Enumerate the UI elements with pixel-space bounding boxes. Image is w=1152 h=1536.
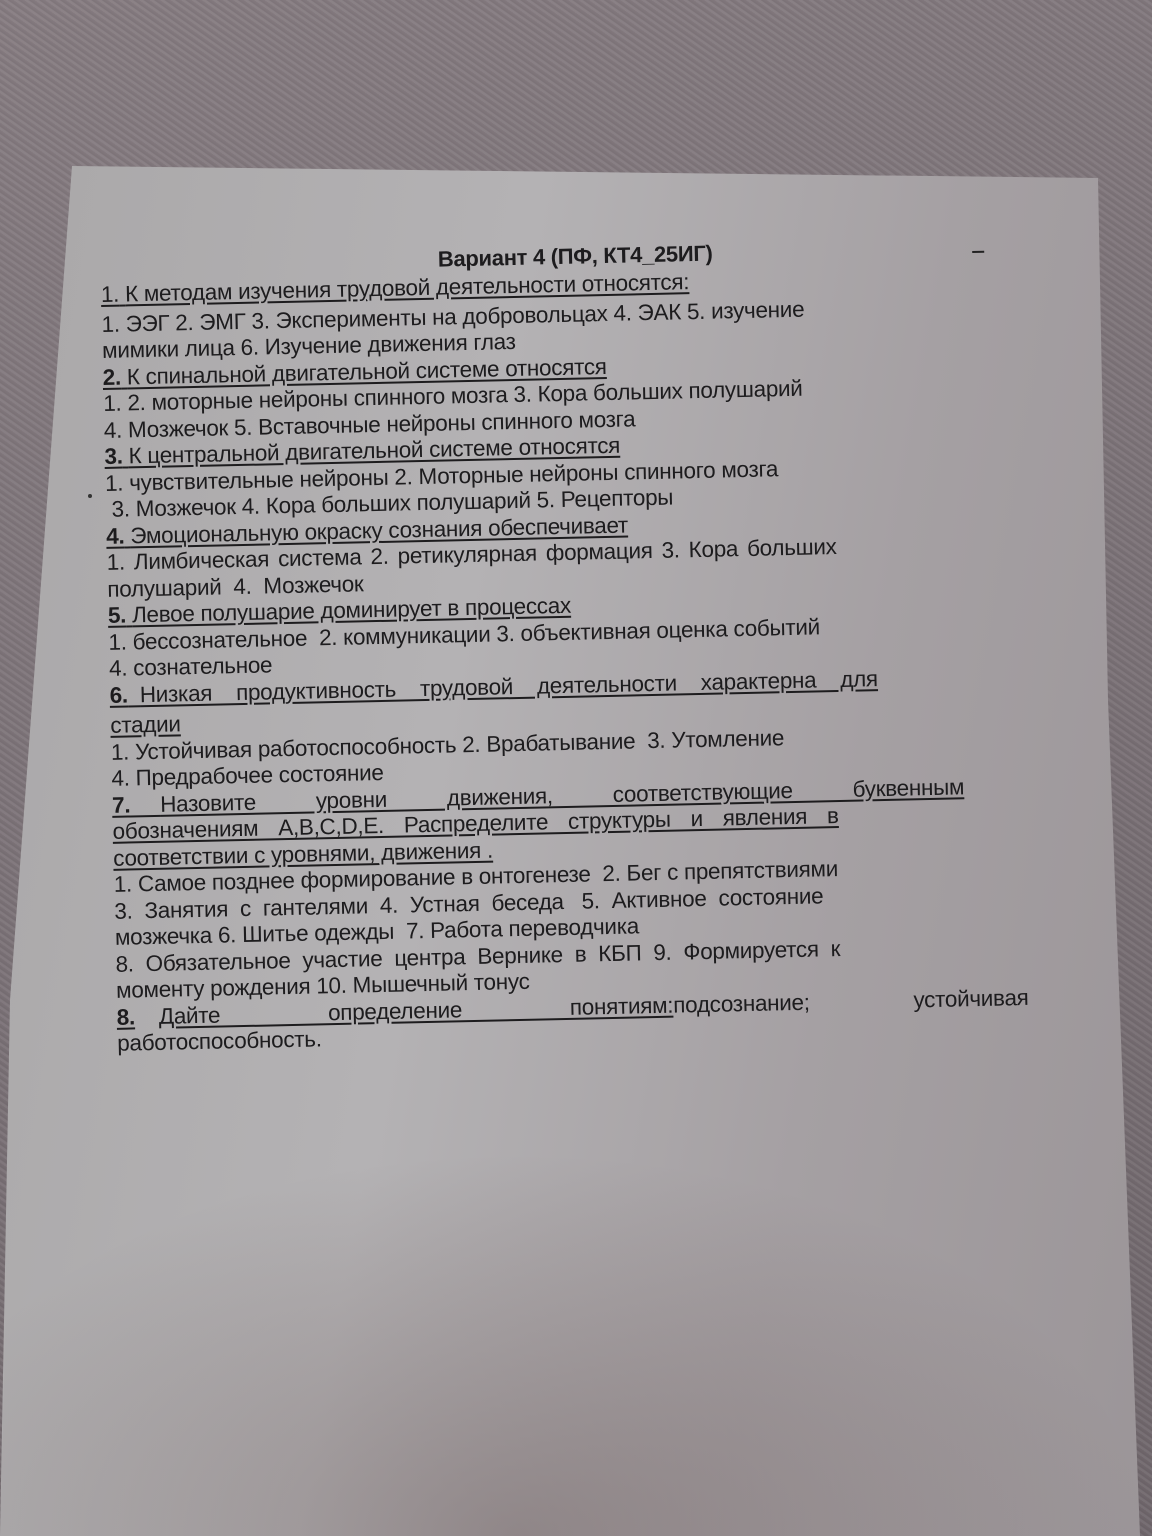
paper-shadow (0, 1150, 1152, 1536)
pen-dash-mark (972, 251, 984, 253)
question-6: 6. Низкая продуктивность трудовой деятел… (109, 663, 1021, 793)
exam-variant-sheet: Вариант 4 (ПФ, КТ4_25ИГ) 1. К методам из… (100, 232, 1027, 1057)
question-7: 7. Назовите уровни движения, соответству… (112, 773, 1026, 1005)
pen-mark (88, 494, 92, 498)
